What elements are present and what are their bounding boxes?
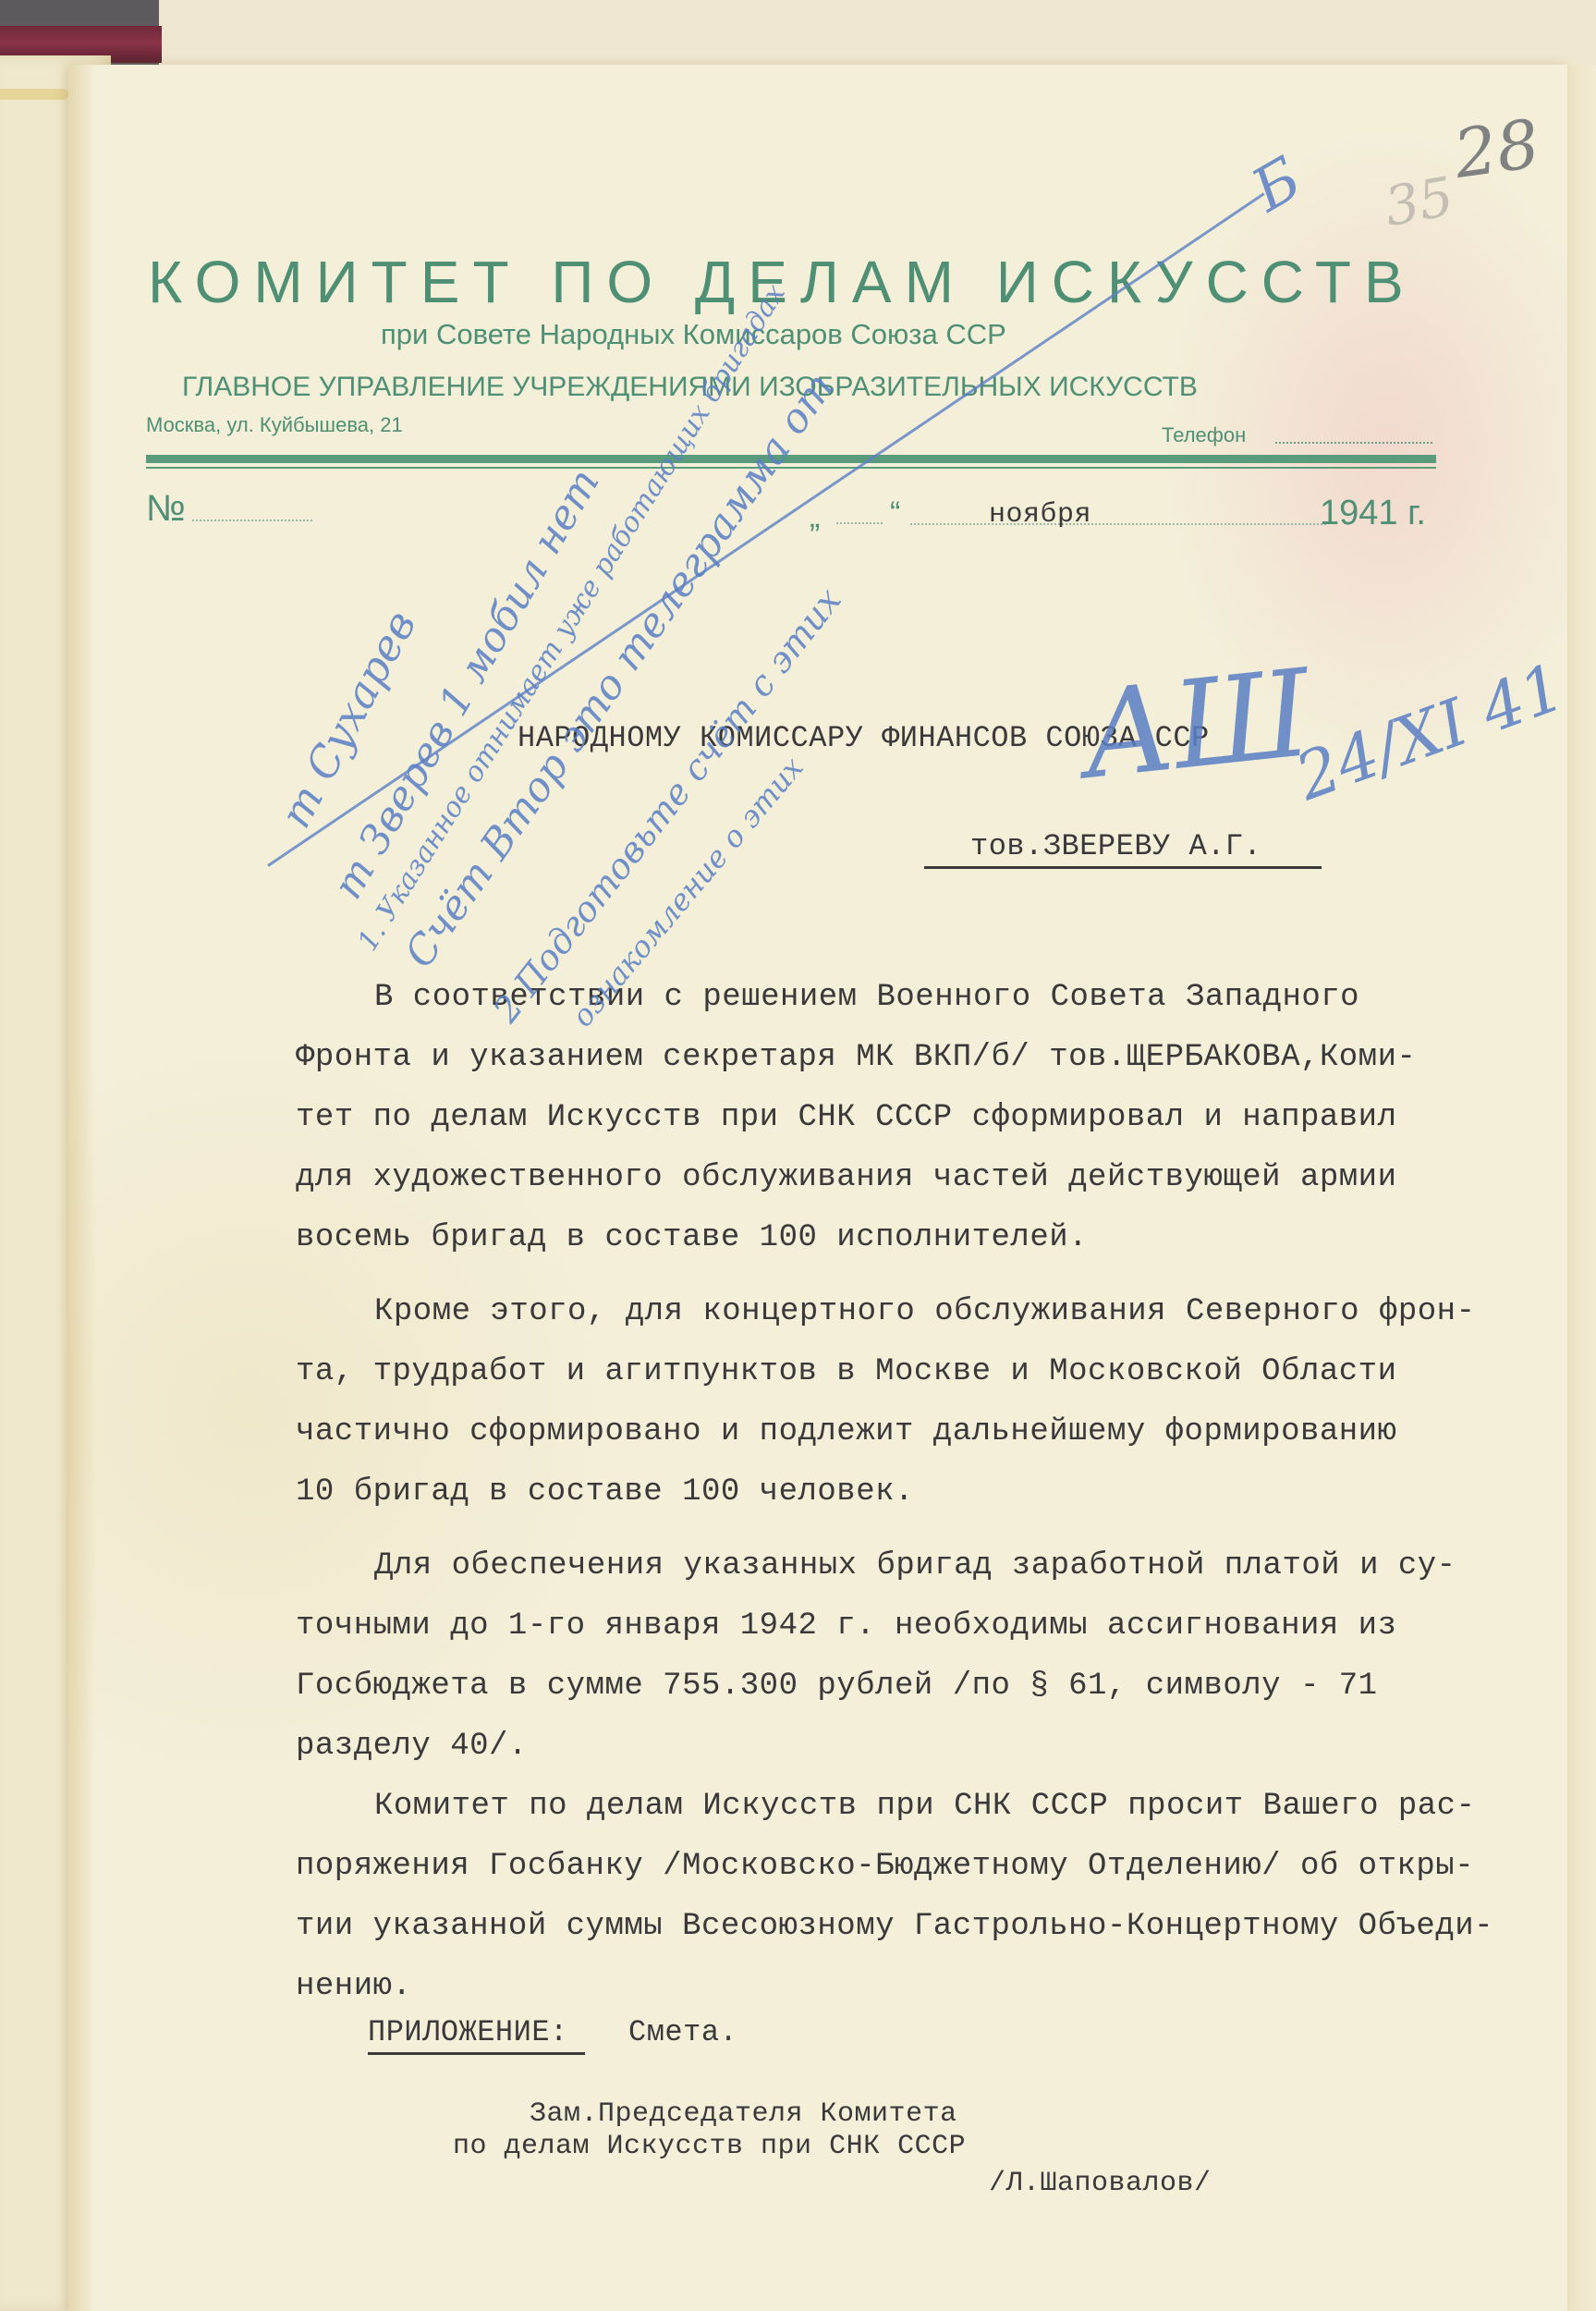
document-number-field — [192, 520, 312, 521]
back-sheet — [159, 0, 1596, 73]
date-year: 1941 г. — [1320, 494, 1426, 533]
body-line: для художественного обслуживания частей … — [296, 1160, 1397, 1195]
old-page-number-annotation: 35 — [1380, 165, 1457, 238]
body-line: восемь бригад в составе 100 исполнителей… — [296, 1220, 1088, 1255]
body-line: поряжения Госбанку /Московско-Бюджетному… — [296, 1849, 1474, 1884]
body-line: частично сформировано и подлежит дальней… — [296, 1414, 1397, 1449]
body-line: 10 бригад в составе 100 человек. — [296, 1474, 914, 1510]
body-line: точными до 1-го января 1942 г. необходим… — [296, 1608, 1397, 1644]
resolution-initials: АШ — [1076, 642, 1317, 806]
page-roll — [0, 89, 68, 100]
body-line: Комитет по делам Искусств при СНК СССР п… — [374, 1789, 1476, 1824]
body-line: Госбюджета в сумме 755.300 рублей /по § … — [296, 1669, 1378, 1704]
date-month: ноября — [989, 499, 1091, 531]
page-number-annotation: 28 — [1449, 104, 1543, 193]
phone-dotted-line — [1275, 442, 1432, 444]
document-number-label: № — [146, 488, 186, 530]
attachment-label: ПРИЛОЖЕНИЕ: — [368, 2015, 568, 2049]
letterhead-rule-thin — [146, 467, 1436, 469]
body-line: разделу 40/. — [296, 1729, 528, 1764]
letterhead-subtitle: при Совете Народных Комиссаров Союза ССР — [381, 318, 1006, 351]
signature-title-line1: Зам.Председателя Комитета — [530, 2098, 957, 2130]
spine-shadow — [68, 65, 96, 2311]
body-line: тет по делам Искусств при СНК СССР сформ… — [296, 1100, 1397, 1135]
attachment-underline — [368, 2052, 585, 2055]
date-day-field — [836, 522, 883, 524]
right-page-edge — [1565, 65, 1596, 2311]
signature-name: /Л.Шаповалов/ — [989, 2168, 1212, 2199]
body-line: та, трудработ и агитпунктов в Москве и М… — [296, 1354, 1397, 1389]
body-line: Кроме этого, для концертного обслуживани… — [374, 1294, 1476, 1329]
body-line: Фронта и указанием секретаря МК ВКП/б/ т… — [296, 1040, 1416, 1075]
body-line: нению. — [296, 1969, 411, 2004]
signature-title-line2: по делам Искусств при СНК СССР — [453, 2131, 966, 2162]
letterhead-phone-label: Телефон — [1162, 423, 1246, 447]
date-month-field — [910, 523, 1326, 525]
date-quote-open: „ — [810, 499, 820, 535]
date-quote-close: “ — [890, 495, 900, 532]
body-line: Для обеспечения указанных бригад заработ… — [374, 1548, 1456, 1583]
letterhead-address: Москва, ул. Куйбышева, 21 — [146, 413, 403, 437]
body-line: тии указанной суммы Всесоюзному Гастроль… — [296, 1909, 1493, 1944]
addressee-name: тов.ЗВЕРЕВУ А.Г. — [970, 829, 1261, 863]
attachment-value: Смета. — [628, 2015, 737, 2049]
addressee-underline — [924, 866, 1322, 869]
